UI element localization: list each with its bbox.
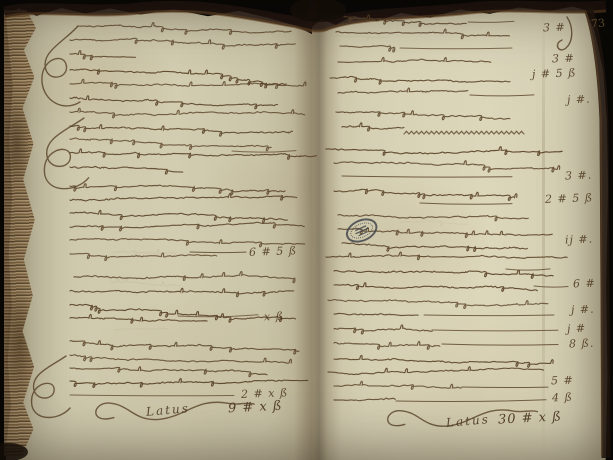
handwriting-line <box>334 313 418 315</box>
handwriting-line <box>32 356 70 418</box>
amount-value: j # 5 ß <box>532 66 577 81</box>
handwriting-line <box>424 315 554 316</box>
handwriting-line <box>70 210 287 222</box>
folio-number: 73 <box>591 17 606 31</box>
handwriting-line <box>70 125 292 137</box>
handwriting-line <box>334 398 395 401</box>
manuscript-photo: 73 Latus 9 # x ß Latus 30 # x ß 6 # 5 ßx… <box>0 0 613 460</box>
handwriting-line <box>334 161 560 172</box>
amount-value: 5 # <box>551 374 574 388</box>
handwriting-line <box>70 149 317 159</box>
amount-value: j # <box>567 322 587 336</box>
handwriting-line <box>70 138 271 151</box>
handwriting-line <box>70 341 299 354</box>
handwriting-line <box>70 108 305 118</box>
handwriting-line <box>334 381 462 389</box>
handwriting-line <box>70 222 304 231</box>
handwriting-line <box>336 29 509 39</box>
handwriting-ink-layer <box>0 0 613 460</box>
latus-amount-left: 9 # x ß <box>228 399 283 417</box>
handwriting-line <box>342 123 404 131</box>
handwriting-line <box>470 95 534 96</box>
handwriting-line <box>420 203 512 204</box>
handwriting-line <box>78 23 291 35</box>
handwriting-line <box>330 76 510 84</box>
handwriting-line <box>232 151 296 153</box>
handwriting-line <box>396 400 546 402</box>
amount-value: 8 ß. <box>569 337 595 351</box>
handwriting-line <box>338 88 468 93</box>
handwriting-line <box>70 288 294 296</box>
handwriting-line <box>70 184 285 195</box>
handwriting-line <box>462 387 548 388</box>
amount-value: j #. <box>567 93 591 107</box>
handwriting-line <box>334 189 517 200</box>
handwriting-line <box>342 176 512 177</box>
handwriting-line <box>400 48 512 49</box>
handwriting-line <box>70 395 234 396</box>
handwriting-line <box>114 328 168 330</box>
handwriting-line <box>328 367 544 375</box>
handwriting-line <box>340 46 395 52</box>
handwriting-line <box>112 250 176 256</box>
handwriting-line <box>42 26 80 106</box>
handwriting-line <box>326 147 562 156</box>
handwriting-line <box>334 355 553 367</box>
amount-value: 3 #. <box>565 169 593 183</box>
handwriting-line <box>336 35 387 40</box>
handwriting-line <box>468 21 514 22</box>
amount-value: 3 # <box>543 21 566 35</box>
handwriting-line <box>44 118 88 189</box>
handwriting-line <box>534 286 568 287</box>
amount-value: 2 # x ß <box>241 386 289 401</box>
handwriting-line <box>70 38 295 49</box>
handwriting-line <box>70 253 217 261</box>
handwriting-line <box>70 79 306 88</box>
handwriting-line <box>334 270 553 278</box>
handwriting-line <box>70 69 286 88</box>
handwriting-line <box>432 330 558 331</box>
handwriting-line <box>70 166 183 174</box>
handwriting-line <box>344 15 466 26</box>
handwriting-line <box>334 283 537 292</box>
amount-value: 6 # <box>573 277 596 291</box>
handwriting-line <box>404 131 524 134</box>
handwriting-line <box>338 57 491 62</box>
handwriting-line <box>70 194 297 201</box>
handwriting-line <box>442 344 558 345</box>
handwriting-line <box>328 299 548 308</box>
handwriting-line <box>334 341 440 349</box>
handwriting-line <box>400 218 469 226</box>
handwriting-line <box>70 51 136 60</box>
handwriting-line <box>506 269 550 270</box>
handwriting-line <box>334 325 432 334</box>
handwriting-line <box>70 355 291 363</box>
handwriting-line <box>336 111 510 121</box>
amount-value: ij #. <box>565 233 594 247</box>
amount-value: x ß <box>264 310 285 324</box>
amount-value: 3 # <box>552 52 575 66</box>
amount-value: 4 ß <box>552 391 573 405</box>
handwriting-line <box>70 96 277 109</box>
handwriting-line <box>70 367 267 377</box>
amount-value: 2 # 5 ß <box>545 191 593 206</box>
handwriting-line <box>70 314 207 323</box>
amount-value: 6 # 5 ß <box>249 244 297 259</box>
handwriting-line <box>74 272 295 283</box>
handwriting-line <box>190 252 246 253</box>
handwriting-line <box>110 278 181 286</box>
amount-value: j #. <box>571 303 595 317</box>
